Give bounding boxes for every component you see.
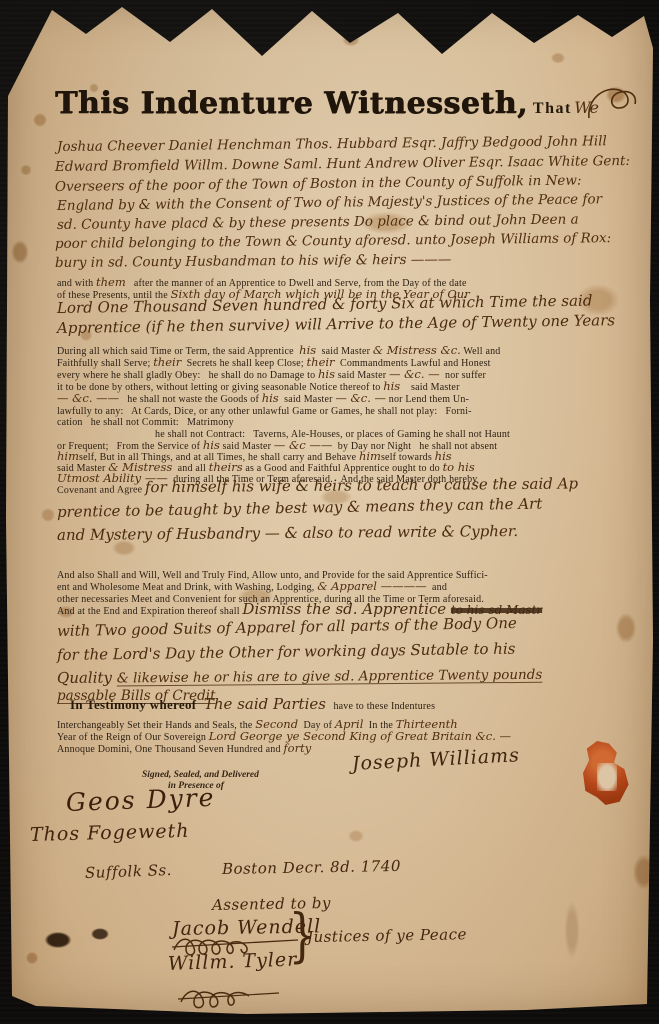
county-label: Suffolk Ss.: [85, 863, 173, 883]
body-hand-line: Quality & likewise he or his are to give…: [57, 667, 542, 688]
text-segment-hand-md: sd. County have placd & by these present…: [57, 212, 579, 233]
tyler-flourish: [175, 984, 287, 1014]
signature-joseph-williams: Joseph Williams: [351, 746, 520, 775]
signature-witness-2: Thos Fogeweth: [30, 822, 190, 846]
text-segment-sig-xxl: Geos Dyre: [65, 783, 215, 817]
text-segment-sig-lg: Boston Decr. 8d. 1740: [222, 857, 401, 878]
body-print-line: Annoque Domini, One Thousand Seven Hundr…: [57, 740, 311, 757]
text-segment-print-bold: In Testimony whereof: [70, 697, 196, 712]
text-segment-sig-lg: Suffolk Ss.: [85, 861, 173, 882]
text-segment-hand: forty: [283, 741, 311, 755]
text-segment-sig-lg: Justices of ye Peace: [307, 925, 467, 946]
text-segment-hand-md: bury in sd. County Husbandman to his wif…: [55, 252, 451, 271]
text-segment-print: Annoque Domini, One Thousand Seven Hundr…: [57, 744, 283, 755]
text-segment-hand-md: Joshua Cheever Daniel Henchman Thos. Hub…: [57, 133, 607, 155]
text-segment-hand-md: & likewise he or his are to give sd. App…: [117, 667, 543, 687]
body-hand-line: with Two good Suits of Apparel for all p…: [57, 616, 517, 641]
body-hand-line: poor child belonging to the Town & Count…: [55, 230, 611, 253]
document-content: This Indenture Witnesseth, That WeJoshua…: [0, 0, 659, 1024]
text-segment-hand-lg: for the Lord's Day the Other for working…: [57, 640, 516, 664]
body-hand-line: and Mystery of Husbandry — & also to rea…: [57, 524, 518, 545]
testimony-line: In Testimony whereof The said Parties ha…: [70, 697, 435, 714]
text-segment-hand-lg: prentice to be taught by the best way & …: [57, 495, 543, 521]
text-segment-print: have to these Indentures: [333, 701, 435, 712]
text-segment-sig-xl: Thos Fogeweth: [30, 820, 190, 846]
signature-witness-1: Geos Dyre: [66, 785, 216, 816]
wax-seal: [583, 741, 630, 805]
text-segment-print: Covenant and Agree: [57, 484, 145, 496]
text-segment-gap: [196, 701, 204, 712]
body-hand-line: Apprentice (if he then survive) will Arr…: [57, 313, 615, 338]
we-flourish: [585, 84, 641, 124]
body-hand-line: for the Lord's Day the Other for working…: [57, 642, 516, 665]
photograph-background: This Indenture Witnesseth, That WeJoshua…: [0, 0, 659, 1024]
date-line: Boston Decr. 8d. 1740: [222, 859, 401, 879]
wendell-flourish: [170, 934, 310, 962]
text-segment-hand-lg: Quality: [57, 668, 117, 687]
body-hand-line: prentice to be taught by the best way & …: [57, 497, 543, 522]
body-hand-line: bury in sd. County Husbandman to his wif…: [55, 252, 451, 272]
text-segment-print-that: That: [533, 100, 572, 117]
text-segment-hand-lg: for himself his wife & heirs to teach or…: [145, 474, 578, 496]
text-segment-hand-md: Edward Bromfield Willm. Downe Saml. Hunt…: [55, 153, 630, 175]
text-segment-sig-xl: Joseph Williams: [351, 744, 520, 775]
text-segment-print: And at the End and Expiration thereof sh…: [57, 606, 242, 617]
text-segment-hand-lg: and Mystery of Husbandry — & also to rea…: [57, 522, 518, 544]
overseers-names-line-1: Joshua Cheever Daniel Henchman Thos. Hub…: [57, 133, 607, 156]
text-segment-blackletter: This Indenture Witnesseth,: [55, 86, 528, 121]
text-segment-hand-lg: The said Parties: [204, 695, 326, 713]
text-segment-hand-md: poor child belonging to the Town & Count…: [55, 230, 611, 252]
justices-label: Justices of ye Peace: [307, 927, 467, 947]
document-title: This Indenture Witnesseth, That We: [55, 88, 599, 120]
